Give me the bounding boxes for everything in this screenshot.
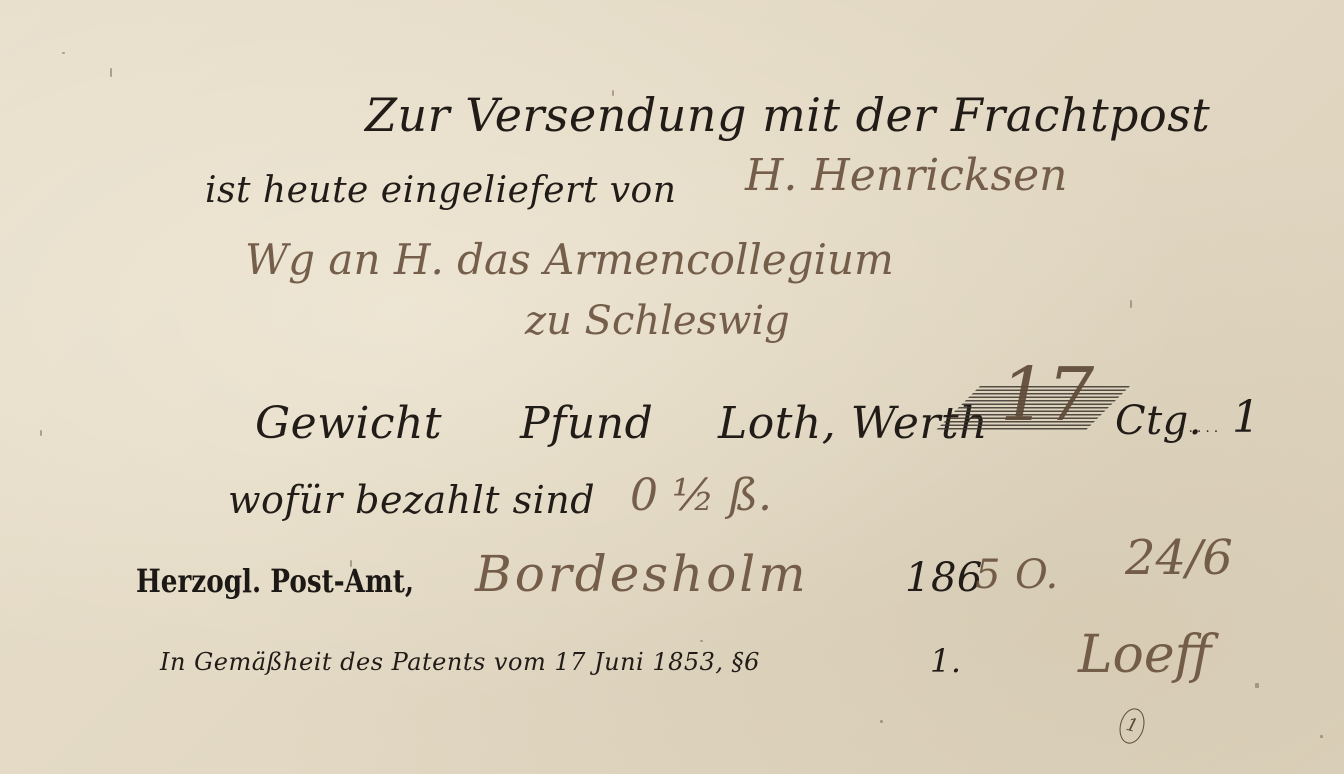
paper-speck (1255, 683, 1259, 688)
paper-speck (1130, 300, 1132, 308)
paper-speck (62, 52, 65, 54)
footer-tick: 1. (930, 642, 962, 680)
paper-speck (1320, 735, 1323, 738)
paper-speck (110, 68, 112, 77)
handwritten-addressee: Wg an H. das Armencollegium (245, 235, 894, 284)
value-tick: 1 (1232, 392, 1261, 443)
printed-pound-label: Pfund (520, 398, 653, 449)
handwritten-signature: Loeff (1078, 625, 1211, 685)
post-office-stamp: Herzogl. Post-Amt, (136, 562, 414, 600)
printed-sender-label: ist heute eingeliefert von (205, 170, 676, 211)
printed-footer: In Gemäßheit des Patents vom 17 Juni 185… (160, 648, 760, 676)
handwritten-year-suffix: 5 (975, 552, 1000, 598)
printed-weight-label: Gewicht (255, 398, 442, 449)
handwritten-sender: H. Henricksen (745, 150, 1067, 201)
paper-speck (40, 430, 42, 436)
printed-paid-label: wofür bezahlt sind (228, 478, 595, 522)
printed-year-prefix: 186 (905, 555, 983, 601)
paper-speck (880, 720, 883, 723)
handwritten-date-prefix: O. (1015, 552, 1058, 598)
handwritten-value: 17 (1000, 352, 1094, 438)
handwritten-paid-amount: 0 ½ ß. (630, 470, 772, 521)
handwritten-date: 24/6 (1125, 530, 1233, 586)
handwritten-place: Bordesholm (475, 545, 809, 603)
dotted-leader: ..... (1180, 420, 1222, 436)
paper-speck (700, 640, 703, 642)
printed-heading: Zur Versendung mit der Frachtpost (365, 88, 1210, 142)
handwritten-addressee-city: zu Schleswig (525, 298, 790, 344)
